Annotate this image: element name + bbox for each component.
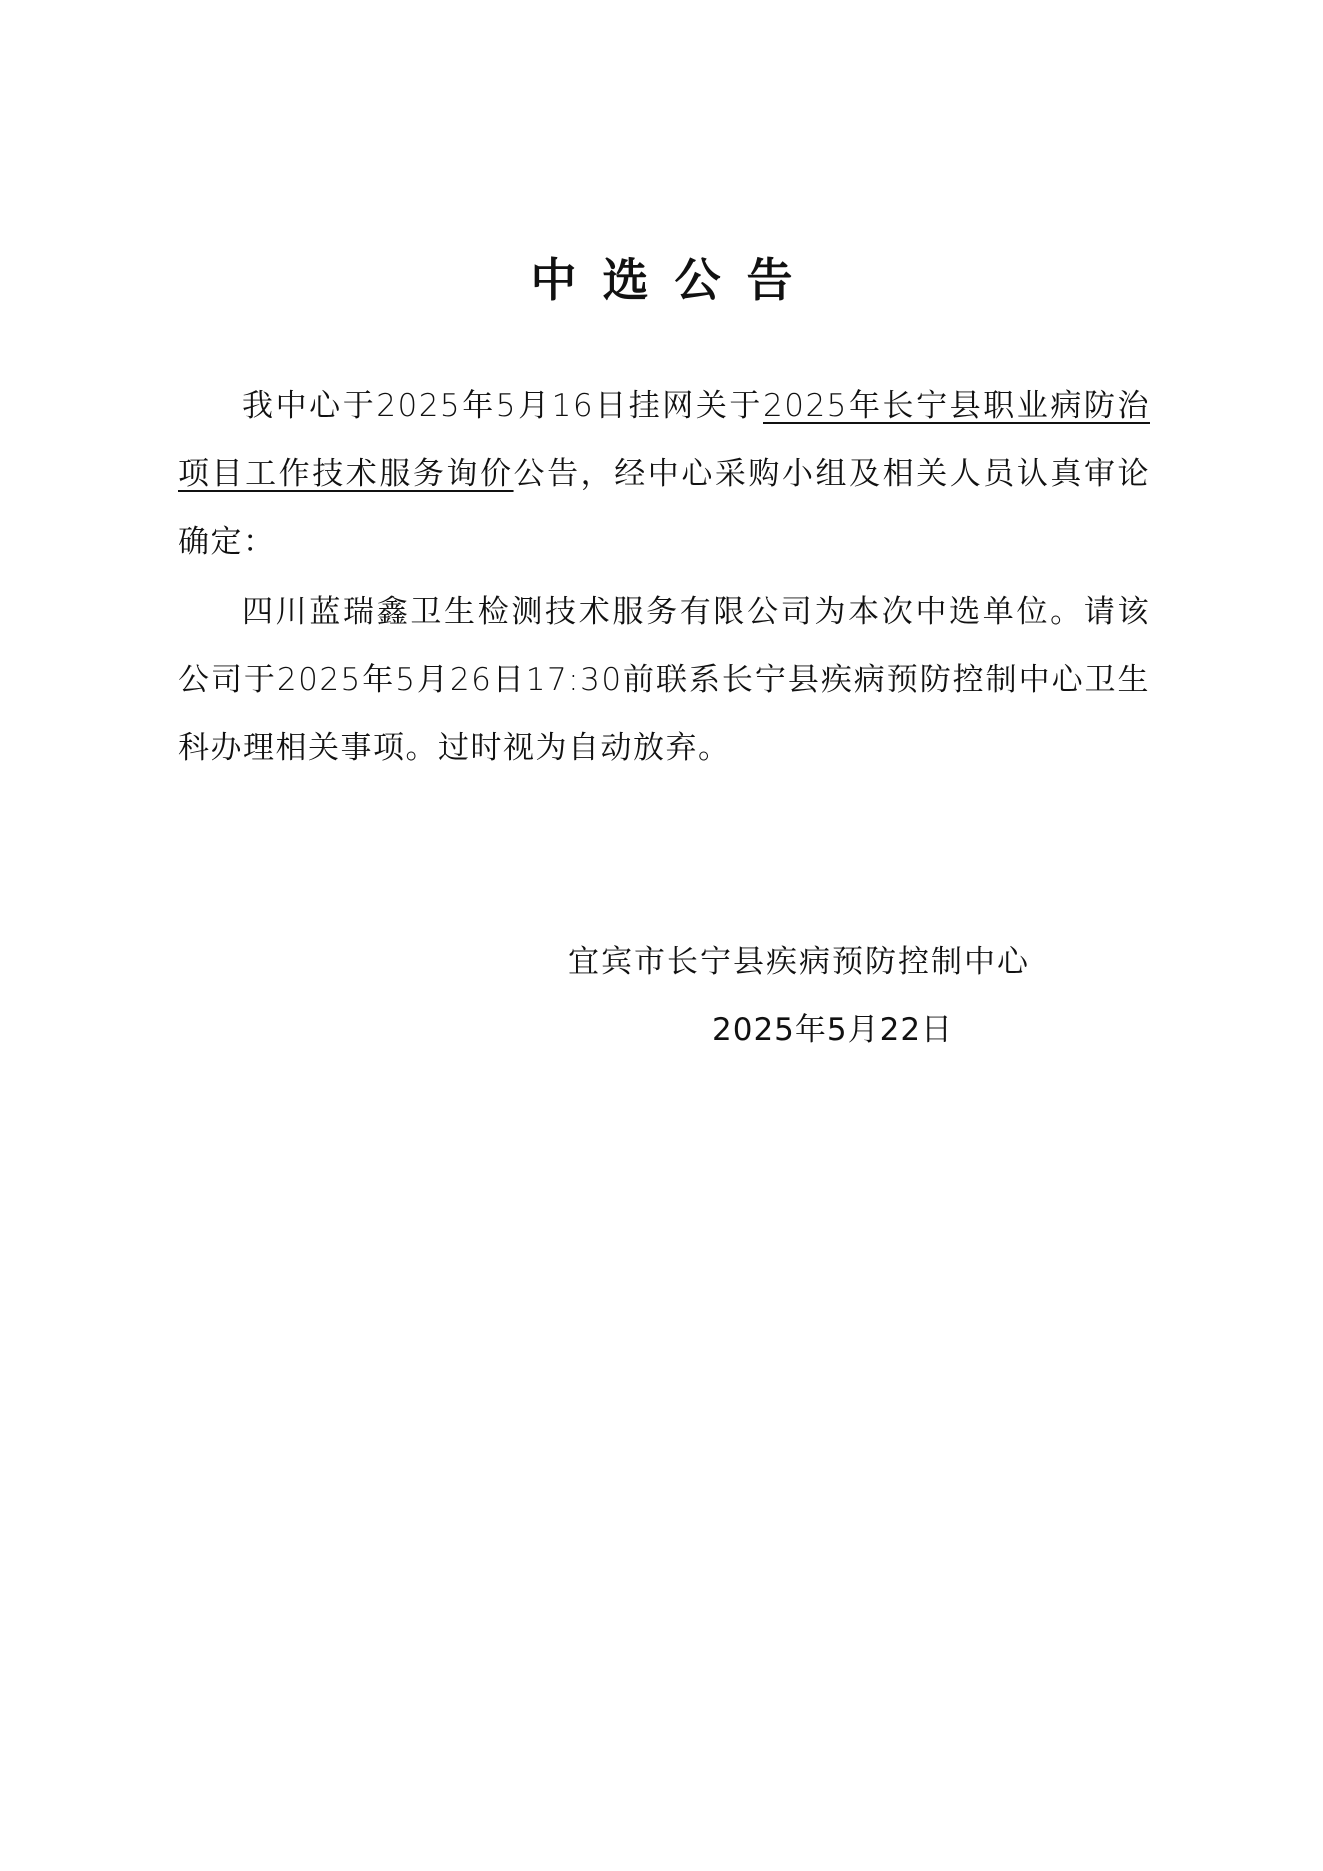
paragraph-announcement-intro: 我中心于2025年5月16日挂网关于2025年长宁县职业病防治项目工作技术服务询… [178, 372, 1150, 576]
document-title: 中选公告 [0, 252, 1323, 308]
signature-date: 2025年5月22日 [712, 1008, 953, 1052]
paragraph-selected-unit: 四川蓝瑞鑫卫生检测技术服务有限公司为本次中选单位。请该公司于2025年5月26日… [178, 578, 1150, 782]
signature-organization: 宜宾市长宁县疾病预防控制中心 [568, 940, 1030, 984]
intro-text-before-link: 我中心于2025年5月16日挂网关于 [242, 388, 763, 424]
document-page: 中选公告 我中心于2025年5月16日挂网关于2025年长宁县职业病防治项目工作… [0, 0, 1323, 1871]
